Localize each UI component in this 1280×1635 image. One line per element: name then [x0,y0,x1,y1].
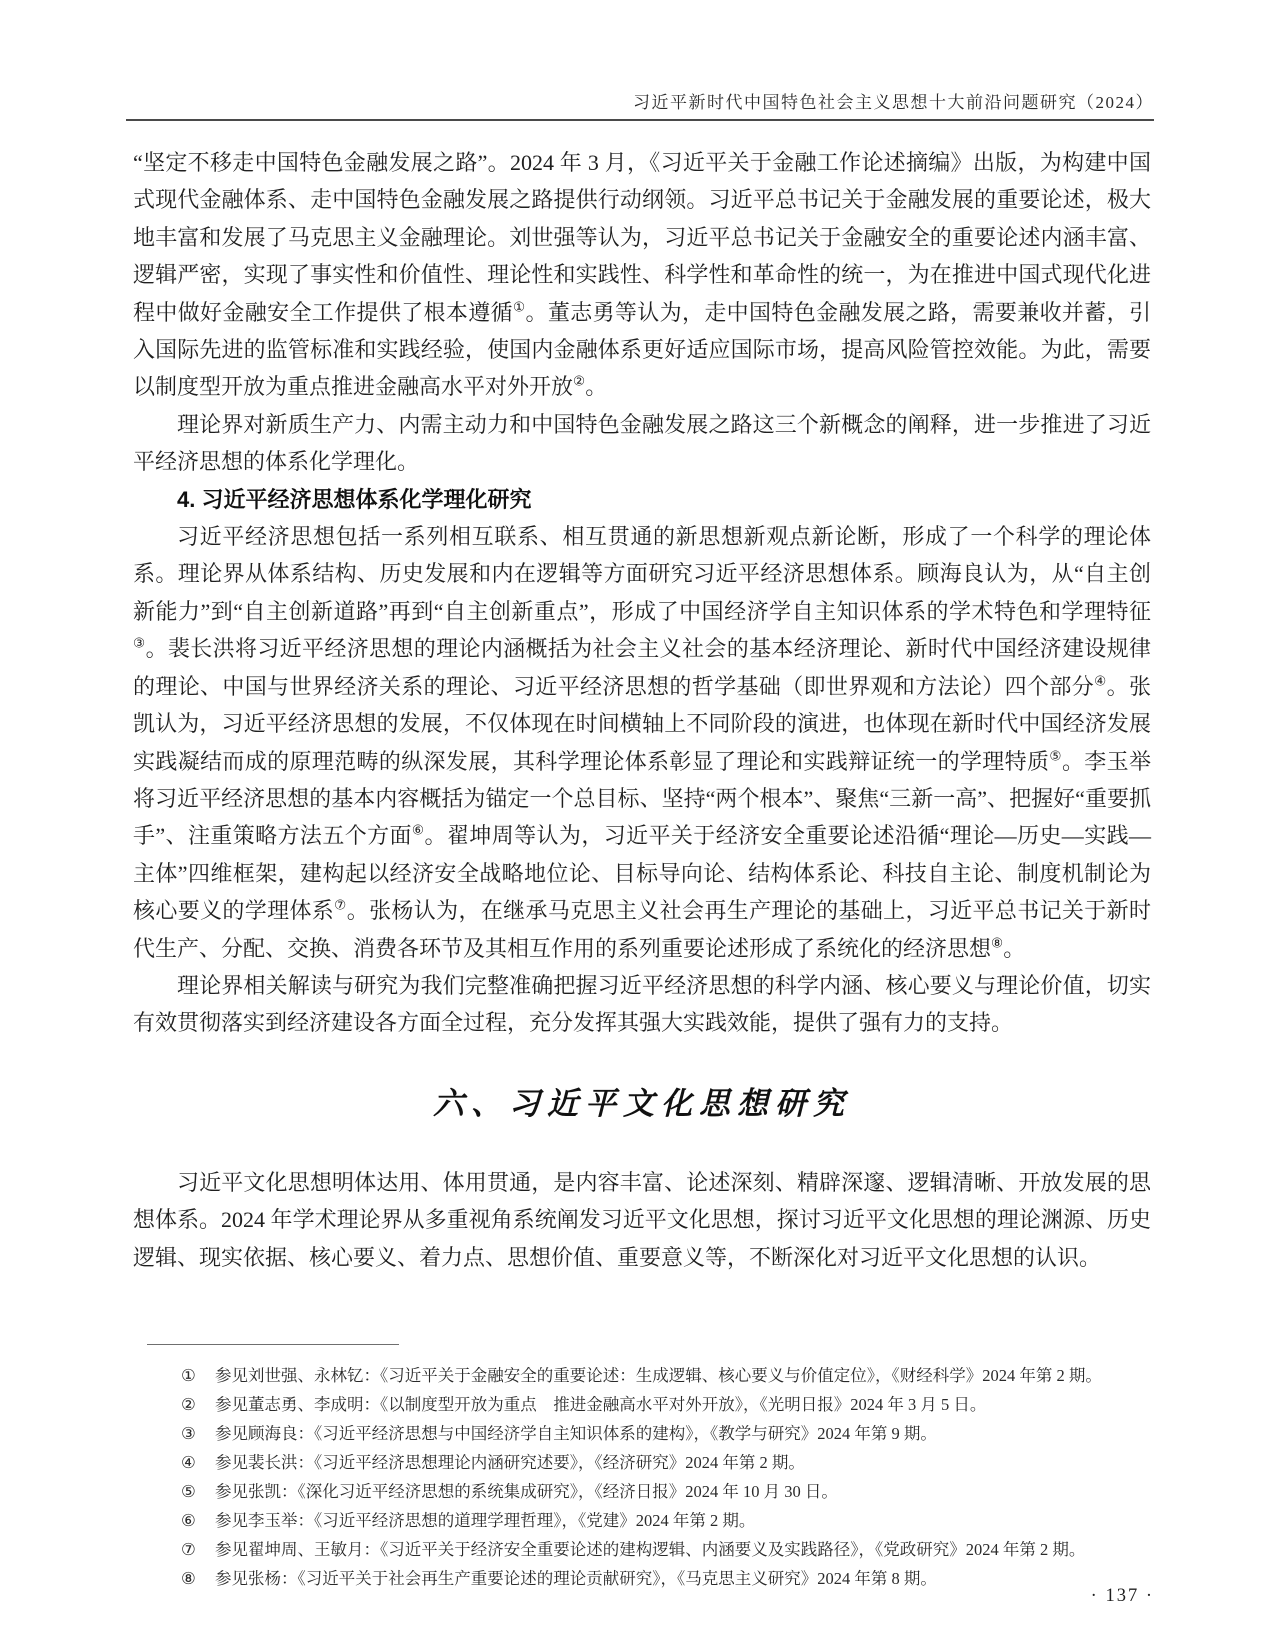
footnote-separator-rule [147,1344,399,1345]
footnote-mark: ⑧ [181,1564,205,1593]
text-run: 。 [585,374,607,399]
text-run: 理论界相关解读与研究为我们完整准确把握习近平经济思想的科学内涵、核心要义与理论价… [133,973,1151,1035]
header-rule [126,119,1154,121]
text-run: 习近平经济思想包括一系列相互联系、相互贯通的新思想新观点新论断，形成了一个科学的… [133,524,1151,624]
footnote-mark: ⑤ [181,1477,205,1506]
footnote-mark: ⑦ [181,1535,205,1564]
footnote-ref: ⑧ [991,935,1003,950]
footnote-item: ⑦参见翟坤周、王敏月：《习近平关于经济安全重要论述的建构逻辑、内涵要义及实践路径… [133,1535,1153,1564]
footnote-mark: ③ [181,1419,205,1448]
footnote-mark: ⑥ [181,1506,205,1535]
section-heading: 六、习近平文化思想研究 [133,1082,1151,1126]
footnote-mark: ① [181,1361,205,1390]
footnote-item: ③参见顾海良：《习近平经济思想与中国经济学自主知识体系的建构》，《教学与研究》2… [133,1419,1153,1448]
footnote-item: ⑥参见李玉举：《习近平经济思想的道理学理哲理》，《党建》2024 年第 2 期。 [133,1506,1153,1535]
footnote-item: ④参见裴长洪：《习近平经济思想理论内涵研究述要》，《经济研究》2024 年第 2… [133,1448,1153,1477]
footnote-item: ②参见董志勇、李成明：《以制度型开放为重点 推进金融高水平对外开放》，《光明日报… [133,1390,1153,1419]
footnote-ref: ④ [1094,673,1107,688]
running-head-title: 习近平新时代中国特色社会主义思想十大前沿问题研究（2024） [126,88,1154,113]
footnote-list: ①参见刘世强、永林钇：《习近平关于金融安全的重要论述：生成逻辑、核心要义与价值定… [133,1361,1153,1593]
footnote-ref: ⑤ [1049,748,1062,763]
footnote-ref: ⑦ [334,898,347,913]
footnote-text: 参见董志勇、李成明：《以制度型开放为重点 推进金融高水平对外开放》，《光明日报》… [215,1395,986,1414]
footnote-text: 参见李玉举：《习近平经济思想的道理学理哲理》，《党建》2024 年第 2 期。 [215,1511,755,1530]
subsection-heading: 4. 习近平经济思想体系化学理化研究 [133,481,1151,518]
text-run: “坚定不移走中国特色金融发展之路”。2024 年 3 月，《习近平关于金融工作论… [133,150,1151,325]
text-run: 。裴长洪将习近平经济思想的理论内涵概括为社会主义社会的基本经济理论、新时代中国经… [133,636,1151,698]
footnote-mark: ④ [181,1448,205,1477]
footnote-item: ⑤参见张凯：《深化习近平经济思想的系统集成研究》，《经济日报》2024 年 10… [133,1477,1153,1506]
body-paragraph: 习近平经济思想包括一系列相互联系、相互贯通的新思想新观点新论断，形成了一个科学的… [133,518,1151,967]
footnotes-block: ①参见刘世强、永林钇：《习近平关于金融安全的重要论述：生成逻辑、核心要义与价值定… [133,1344,1153,1593]
body-paragraph: “坚定不移走中国特色金融发展之路”。2024 年 3 月，《习近平关于金融工作论… [133,144,1151,406]
footnote-ref: ⑥ [412,823,425,838]
footnote-text: 参见张杨：《习近平关于社会再生产重要论述的理论贡献研究》，《马克思主义研究》20… [215,1569,937,1588]
footnote-text: 参见张凯：《深化习近平经济思想的系统集成研究》，《经济日报》2024 年 10 … [215,1482,838,1501]
footnote-item: ⑧参见张杨：《习近平关于社会再生产重要论述的理论贡献研究》，《马克思主义研究》2… [133,1564,1153,1593]
body-paragraph: 理论界对新质生产力、内需主动力和中国特色金融发展之路这三个新概念的阐释，进一步推… [133,406,1151,481]
text-run: 习近平文化思想明体达用、体用贯通，是内容丰富、论述深刻、精辟深邃、逻辑清晰、开放… [133,1170,1151,1270]
page-number: · 137 · [1040,1586,1154,1607]
text-run: 4. 习近平经济思想体系化学理化研究 [177,487,531,512]
footnote-ref: ③ [133,636,146,651]
footnote-text: 参见翟坤周、王敏月：《习近平关于经济安全重要论述的建构逻辑、内涵要义及实践路径》… [215,1540,1085,1559]
body-paragraph: 理论界相关解读与研究为我们完整准确把握习近平经济思想的科学内涵、核心要义与理论价… [133,967,1151,1042]
document-page: 习近平新时代中国特色社会主义思想十大前沿问题研究（2024） “坚定不移走中国特… [0,0,1280,1635]
text-run: 。 [1003,936,1025,961]
footnote-ref: ② [573,374,585,389]
footnote-mark: ② [181,1390,205,1419]
footnote-item: ①参见刘世强、永林钇：《习近平关于金融安全的重要论述：生成逻辑、核心要义与价值定… [133,1361,1153,1390]
footnote-ref: ① [513,299,526,314]
body-paragraph: 习近平文化思想明体达用、体用贯通，是内容丰富、论述深刻、精辟深邃、逻辑清晰、开放… [133,1164,1151,1276]
footnote-text: 参见裴长洪：《习近平经济思想理论内涵研究述要》，《经济研究》2024 年第 2 … [215,1453,805,1472]
body-text: “坚定不移走中国特色金融发展之路”。2024 年 3 月，《习近平关于金融工作论… [133,144,1151,1276]
footnote-text: 参见刘世强、永林钇：《习近平关于金融安全的重要论述：生成逻辑、核心要义与价值定位… [215,1366,1102,1385]
text-run: 理论界对新质生产力、内需主动力和中国特色金融发展之路这三个新概念的阐释，进一步推… [133,412,1151,474]
footnote-text: 参见顾海良：《习近平经济思想与中国经济学自主知识体系的建构》，《教学与研究》20… [215,1424,937,1443]
text-run: 六、习近平文化思想研究 [433,1086,851,1121]
